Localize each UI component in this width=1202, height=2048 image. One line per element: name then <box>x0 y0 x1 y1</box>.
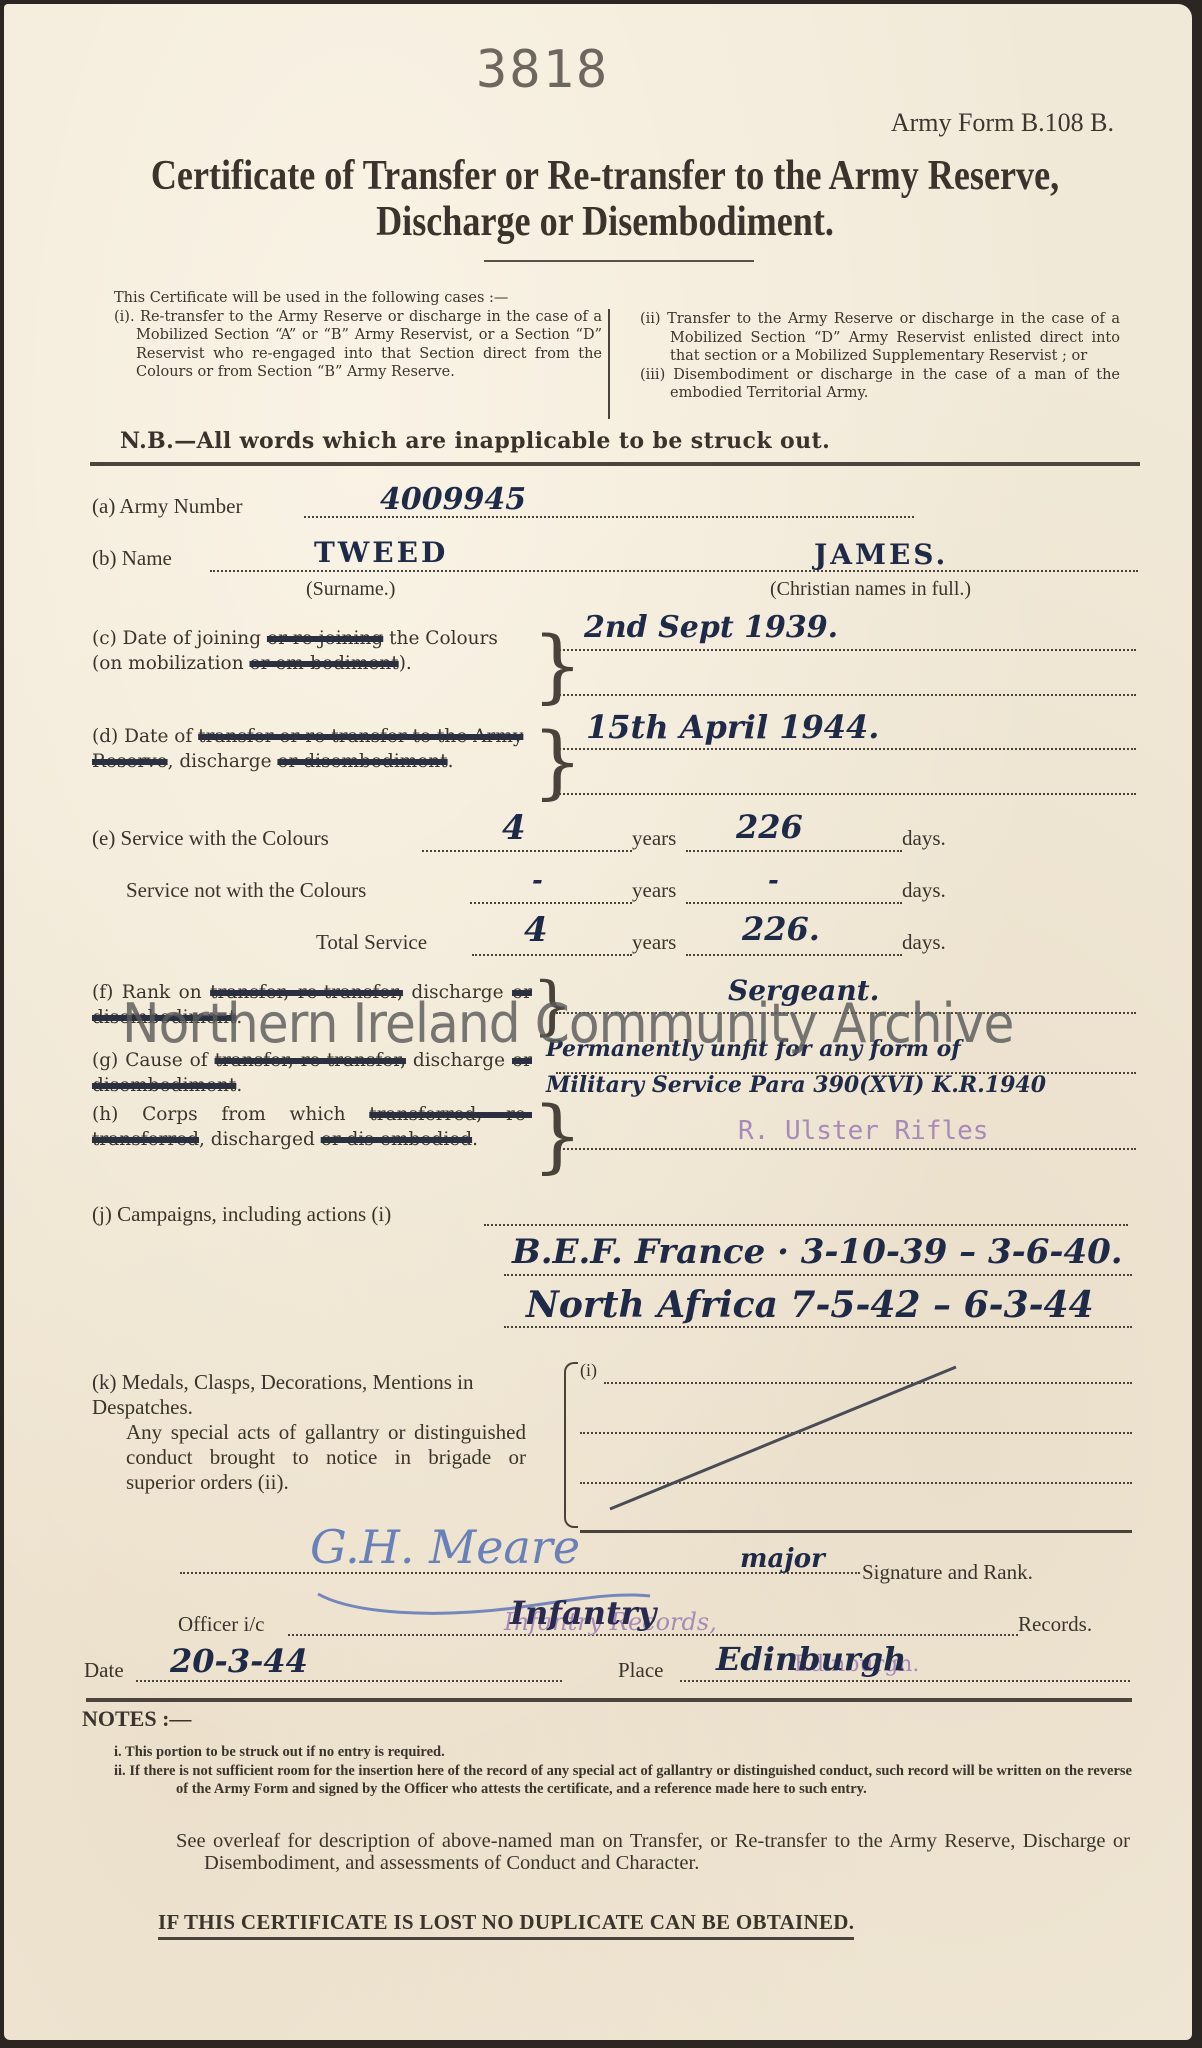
army-number-label: (a) Army Number <box>92 494 242 519</box>
medals-marker: (i) <box>580 1360 597 1381</box>
cause-value-line-2[interactable]: Military Service Para 390(XVI) K.R.1940 <box>546 1072 1046 1098</box>
place-value[interactable]: Edinburgh <box>716 1640 906 1678</box>
joining-date-label: (c) Date of joining or re-joining the Co… <box>92 626 532 676</box>
total-service-label: Total Service <box>316 930 427 955</box>
note-i: i. This portion to be struck out if no e… <box>114 1744 445 1761</box>
signature-label: Signature and Rank. <box>862 1560 1033 1585</box>
days-word: days. <box>902 930 946 955</box>
service-not-years-value[interactable]: - <box>532 866 543 896</box>
surname-caption: (Surname.) <box>306 578 395 601</box>
years-word: years <box>632 878 676 903</box>
campaign-2[interactable]: North Africa 7-5-42 – 6-3-44 <box>526 1284 1094 1326</box>
struck-text: or re-joining <box>267 628 383 649</box>
days-word: days. <box>902 826 946 851</box>
service-with-years-line <box>422 850 632 852</box>
surname-value[interactable]: TWEED <box>314 536 448 569</box>
officer-value[interactable]: Infantry <box>510 1594 656 1632</box>
title-line-2: Discharge or Disembodiment. <box>88 198 1122 246</box>
corps-label: (h) Corps from which transferred, re-tra… <box>92 1102 532 1152</box>
campaign-1[interactable]: B.E.F. France · 3-10-39 – 3-6-40. <box>512 1232 1123 1272</box>
corps-stamp: R. Ulster Rifles <box>738 1116 988 1146</box>
gallantry-label: Any special acts of gallantry or disting… <box>126 1420 526 1495</box>
cases-right: (ii) Transfer to the Army Reserve or dis… <box>640 310 1120 403</box>
days-word: days. <box>902 878 946 903</box>
service-with-years-value[interactable]: 4 <box>502 808 526 848</box>
joining-date-value[interactable]: 2nd Sept 1939. <box>584 610 838 645</box>
struck-text: or dis-embodied <box>321 1129 472 1150</box>
archive-watermark: Northern Ireland Community Archive <box>122 992 1013 1055</box>
case-iii: (iii) Disembodiment or discharge in the … <box>640 366 1120 403</box>
christian-names-value[interactable]: JAMES. <box>814 538 948 571</box>
service-with-days-value[interactable]: 226 <box>736 808 803 846</box>
discharge-date-line-2 <box>556 793 1136 795</box>
signature-value[interactable]: G.H. Meare <box>310 1520 580 1574</box>
case-i: (i). Re-transfer to the Army Reserve or … <box>114 308 602 382</box>
title-line-1: Certificate of Transfer or Re-transfer t… <box>88 152 1122 200</box>
serial-number-stamp: 3818 <box>476 40 609 100</box>
place-line <box>680 1680 1130 1682</box>
overleaf-note: See overleaf for description of above-na… <box>176 1830 1130 1874</box>
strike-through-slash-icon <box>604 1359 964 1519</box>
cause-label: (g) Cause of transfer, re-transfer, disc… <box>92 1048 532 1098</box>
medals-line-4 <box>580 1530 1132 1533</box>
campaigns-label: (j) Campaigns, including actions (i) <box>92 1202 391 1227</box>
brace-h: } <box>532 1096 583 1176</box>
army-number-value[interactable]: 4009945 <box>380 482 526 517</box>
christian-names-caption: (Christian names in full.) <box>770 578 971 601</box>
form-number: Army Form B.108 B. <box>891 108 1114 138</box>
cases-divider <box>608 309 610 419</box>
brace-d: } <box>532 722 583 802</box>
medals-label: (k) Medals, Clasps, Decorations, Mention… <box>92 1370 532 1420</box>
total-years-line <box>472 954 632 956</box>
footer-rule <box>86 1698 1132 1702</box>
notes-heading: NOTES :— <box>82 1706 191 1732</box>
service-not-days-line <box>686 902 902 904</box>
struck-text: or em-bodiment <box>250 653 399 674</box>
joining-date-line-2 <box>556 694 1136 696</box>
total-years-value[interactable]: 4 <box>524 910 548 950</box>
name-line <box>210 570 1138 572</box>
total-days-value[interactable]: 226. <box>742 910 820 948</box>
bracket-k <box>564 1362 578 1528</box>
joining-date-line-1 <box>556 649 1136 651</box>
service-with-days-line <box>686 850 902 852</box>
campaigns-line-0 <box>484 1224 1128 1226</box>
years-word: years <box>632 826 676 851</box>
header-rule <box>90 462 1140 466</box>
campaigns-line-1 <box>504 1274 1132 1276</box>
cases-left: This Certificate will be used in the fol… <box>114 289 602 382</box>
campaigns-line-2 <box>504 1326 1132 1328</box>
discharge-date-value[interactable]: 15th April 1944. <box>586 708 879 746</box>
service-not-years-line <box>470 902 632 904</box>
note-ii: ii. If there is not sufficient room for … <box>114 1762 1132 1798</box>
certificate-paper: 3818 Army Form B.108 B. Certificate of T… <box>4 4 1192 2040</box>
date-value[interactable]: 20-3-44 <box>170 1642 308 1680</box>
cases-intro: This Certificate will be used in the fol… <box>114 289 602 308</box>
discharge-date-label: (d) Date of transfer or re-transfer to t… <box>92 724 532 774</box>
discharge-date-line-1 <box>556 748 1136 750</box>
lost-certificate-warning: IF THIS CERTIFICATE IS LOST NO DUPLICATE… <box>158 1910 854 1940</box>
corps-line <box>556 1148 1136 1150</box>
date-label: Date <box>84 1658 124 1683</box>
service-not-days-value[interactable]: - <box>768 866 779 896</box>
records-label: Records. <box>1018 1612 1092 1637</box>
rank-signature-value[interactable]: major <box>740 1544 825 1574</box>
case-ii: (ii) Transfer to the Army Reserve or dis… <box>640 310 1120 366</box>
nb-instruction: N.B.—All words which are inapplicable to… <box>120 428 830 454</box>
service-not-label: Service not with the Colours <box>126 878 366 903</box>
place-label: Place <box>618 1658 663 1683</box>
date-line <box>136 1680 562 1682</box>
name-label: (b) Name <box>92 546 172 571</box>
years-word: years <box>632 930 676 955</box>
service-with-label: (e) Service with the Colours <box>92 826 329 851</box>
title-divider <box>484 260 754 262</box>
total-days-line <box>686 954 902 956</box>
officer-label: Officer i/c <box>178 1612 264 1637</box>
struck-text: or disembodiment <box>277 751 447 772</box>
